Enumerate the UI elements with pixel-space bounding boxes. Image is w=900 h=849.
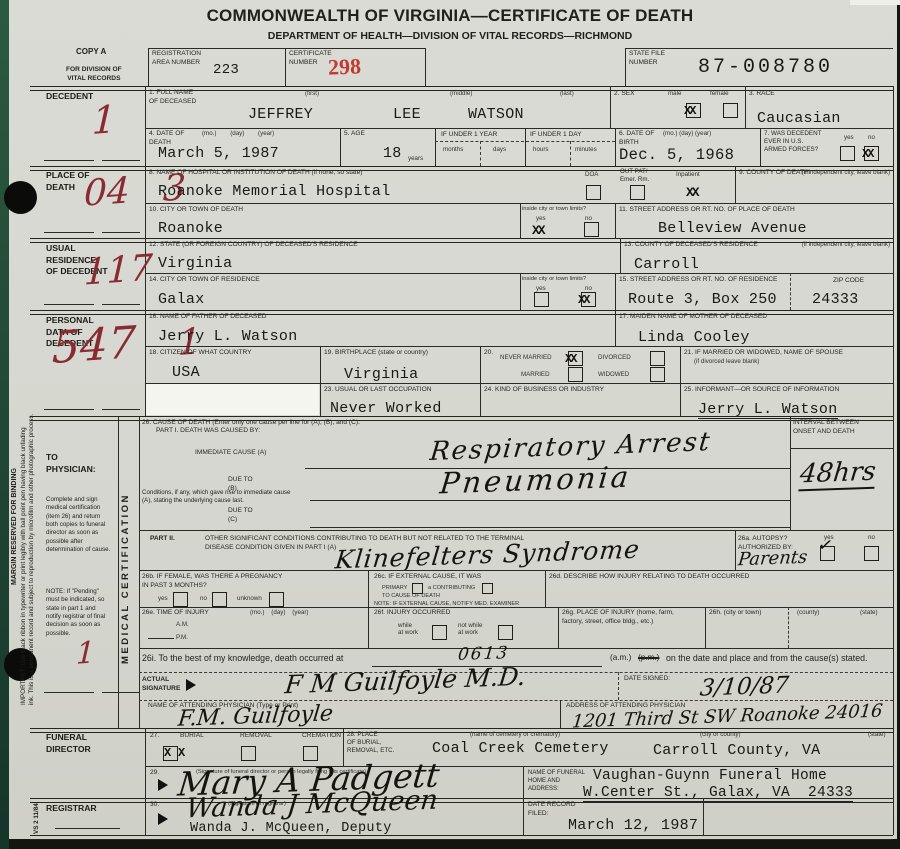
age-unit-label: years bbox=[408, 155, 423, 162]
residence-limits-no-mark: XX bbox=[578, 293, 588, 307]
rule bbox=[680, 383, 681, 416]
date-of-birth-hint: (mo.) (day) (year) bbox=[663, 130, 711, 137]
certificate-number-stamp: 298 bbox=[328, 53, 362, 80]
zip-value: 24333 bbox=[812, 291, 859, 308]
race-value: Caucasian bbox=[757, 110, 841, 127]
armed-forces-no-label: no bbox=[868, 134, 875, 141]
scan-artifact bbox=[850, 0, 900, 5]
full-name-label: 1. FULL NAME OF DECEASED bbox=[149, 89, 196, 106]
pregnancy-yes-label: yes bbox=[158, 595, 168, 602]
never-married-label: NEVER MARRIED bbox=[500, 354, 552, 361]
rule bbox=[102, 160, 140, 161]
injury-city-label: 26h. (city or town) bbox=[709, 609, 761, 618]
mother-label: 17. MAIDEN NAME OF MOTHER OF DECEASED bbox=[619, 313, 767, 322]
inpatient-mark: XX bbox=[686, 185, 698, 200]
rule bbox=[560, 700, 561, 728]
injury-occurred-label: 26f. INJURY OCCURRED bbox=[374, 609, 450, 618]
divorced-checkbox bbox=[650, 351, 665, 366]
clerk-mark: 117 bbox=[83, 248, 153, 294]
informant-label: 25. INFORMANT—OR SOURCE OF INFORMATION bbox=[684, 386, 839, 395]
rule bbox=[615, 310, 616, 346]
armed-forces-no-mark: XX bbox=[862, 147, 872, 161]
registration-area-label: REGISTRATION AREA NUMBER bbox=[152, 50, 201, 67]
section-decedent: DECEDENT bbox=[46, 91, 93, 103]
while-at-work-label: while at work bbox=[398, 622, 418, 636]
date-of-death-value: March 5, 1987 bbox=[158, 145, 279, 162]
external-to-cause-label: TO CAUSE OF DEATH bbox=[382, 593, 440, 599]
doa-checkbox bbox=[586, 185, 601, 200]
rule bbox=[520, 273, 521, 310]
signature-arrow-icon bbox=[158, 813, 168, 825]
rule bbox=[139, 416, 140, 728]
death-occurred-text-end: on the date and place and from the cause… bbox=[666, 653, 867, 663]
informant-value: Jerry L. Watson bbox=[698, 401, 838, 419]
citizen-label: 18. CITIZEN OF WHAT COUNTRY bbox=[149, 349, 252, 358]
age-label: 5. AGE bbox=[344, 130, 365, 139]
rule bbox=[320, 346, 321, 383]
rule bbox=[520, 203, 521, 238]
rule bbox=[368, 607, 369, 648]
rule bbox=[118, 416, 119, 728]
rule bbox=[680, 346, 681, 383]
interval-handwriting: 48hrs bbox=[798, 457, 877, 492]
industry-label: 24. KIND OF BUSINESS OR INDUSTRY bbox=[484, 386, 604, 395]
sex-label: 2. SEX bbox=[614, 90, 635, 99]
date-signed-handwriting: 3/10/87 bbox=[699, 672, 790, 701]
date-signed-label: DATE SIGNED: bbox=[624, 675, 670, 684]
rule bbox=[139, 648, 893, 649]
burial-city-value: Carroll County, VA bbox=[653, 742, 820, 759]
date-of-death-hint: (mo.) (day) (year) bbox=[202, 130, 274, 137]
rule bbox=[139, 607, 893, 608]
injury-county-hint: (county) bbox=[797, 609, 819, 616]
under-1-day-label: IF UNDER 1 DAY bbox=[530, 131, 582, 140]
pm-label: P.M. bbox=[176, 634, 188, 641]
burial-mark-inside: X bbox=[164, 746, 171, 760]
rule bbox=[102, 232, 140, 233]
residence-city-label: 14. CITY OR TOWN OF RESIDENCE bbox=[149, 276, 260, 285]
rule bbox=[625, 48, 893, 49]
rule bbox=[148, 638, 174, 639]
residence-state-label: 12. STATE (OR FOREIGN COUNTRY) OF DECEAS… bbox=[149, 241, 358, 250]
widowed-checkbox bbox=[650, 367, 665, 382]
section-place-of-death: PLACE OF DEATH bbox=[46, 170, 89, 193]
rule bbox=[745, 86, 746, 128]
section-registrar: REGISTRAR bbox=[46, 803, 97, 815]
describe-injury-label: 26d. DESCRIBE HOW INJURY RELATING TO DEA… bbox=[549, 573, 749, 582]
rule bbox=[310, 527, 790, 528]
hospital-value: Roanoke Memorial Hospital bbox=[158, 183, 391, 200]
rule bbox=[893, 86, 894, 835]
rule bbox=[102, 304, 140, 305]
burial-state-hint: (state) bbox=[868, 731, 886, 738]
date-filed-label: DATE RECORD FILED: bbox=[528, 801, 576, 818]
rule bbox=[618, 672, 619, 700]
not-while-at-work-checkbox bbox=[498, 625, 513, 640]
funeral-home-name: Vaughan-Guynn Funeral Home bbox=[593, 768, 827, 784]
death-limits-label: inside city or town limits? bbox=[522, 206, 586, 212]
certificate-title: COMMONWEALTH OF VIRGINIA—CERTIFICATE OF … bbox=[150, 6, 750, 26]
pregnancy-unknown-label: unknown bbox=[237, 595, 262, 602]
death-limits-yes-mark: XX bbox=[532, 223, 544, 238]
rule bbox=[615, 128, 616, 166]
rule bbox=[435, 128, 436, 166]
county-of-death-hint: (if independent city, leave blank) bbox=[795, 169, 890, 176]
cemetery-hint: (name of cemetery or crematory) bbox=[470, 731, 560, 738]
time-of-injury-label: 26e. TIME OF INJURY bbox=[142, 609, 209, 618]
sex-male-label: male bbox=[668, 90, 681, 97]
removal-label: REMOVAL bbox=[240, 732, 272, 739]
mother-value: Linda Cooley bbox=[638, 329, 750, 346]
rule bbox=[480, 141, 481, 166]
months-label: months bbox=[443, 146, 463, 153]
margin-binding-text: MARGIN RESERVED FOR BINDING bbox=[11, 255, 18, 585]
death-limits-yes-label: yes bbox=[536, 215, 546, 222]
rule bbox=[30, 728, 893, 733]
rule bbox=[148, 48, 149, 86]
zip-label: ZIP CODE bbox=[833, 277, 864, 286]
death-occurred-text: 26i. To the best of my knowledge, death … bbox=[142, 653, 343, 663]
funeral-home-label: NAME OF FUNERAL HOME AND ADDRESS: bbox=[528, 770, 585, 793]
margin-important-text-1: IMPORTANT: Use black ribbon in typewrite… bbox=[20, 175, 27, 705]
rule bbox=[790, 416, 791, 530]
clerk-mark: 1 bbox=[91, 97, 117, 143]
days-label: days bbox=[493, 146, 506, 153]
rule bbox=[545, 570, 546, 607]
inpatient-label: Inpatient bbox=[676, 171, 700, 178]
rule bbox=[425, 48, 426, 86]
rule bbox=[760, 128, 761, 166]
minutes-label: minutes bbox=[575, 146, 597, 153]
date-of-birth-value: Dec. 5, 1968 bbox=[619, 146, 734, 164]
cause-b-handwriting: Pneumonia bbox=[438, 460, 633, 501]
due-to-c-label: DUE TO (C) bbox=[228, 507, 253, 524]
rule bbox=[705, 607, 706, 648]
certificate-number-label: CERTIFICATE NUMBER bbox=[289, 50, 332, 67]
place-of-injury-label: 26g. PLACE OF INJURY (home, farm, factor… bbox=[562, 609, 674, 626]
rule bbox=[735, 166, 736, 203]
rule bbox=[788, 607, 789, 648]
birthplace-value: Virginia bbox=[344, 366, 418, 383]
rule bbox=[625, 48, 626, 86]
outpatient-checkbox bbox=[630, 185, 645, 200]
rule bbox=[320, 383, 321, 416]
rule bbox=[558, 607, 559, 648]
pregnancy-no-checkbox bbox=[212, 592, 227, 607]
birthplace-label: 19. BIRTHPLACE (state or country) bbox=[324, 349, 428, 358]
rule bbox=[523, 766, 524, 798]
to-physician-note: Complete and sign medical certification … bbox=[46, 496, 112, 555]
pregnancy-no-label: no bbox=[200, 595, 207, 602]
burial-mark-outside: X bbox=[178, 746, 185, 760]
residence-city-value: Galax bbox=[158, 291, 205, 308]
actual-signature-label: ACTUAL SIGNATURE bbox=[142, 676, 180, 693]
race-label: 3. RACE bbox=[749, 90, 775, 99]
rule bbox=[340, 128, 341, 166]
rule bbox=[102, 409, 140, 410]
clerk-mark: 547 bbox=[51, 317, 137, 374]
spouse-label: 21. IF MARRIED OR WIDOWED, NAME OF SPOUS… bbox=[684, 349, 843, 358]
certificate-subtitle: DEPARTMENT OF HEALTH—DIVISION OF VITAL R… bbox=[200, 30, 700, 42]
spouse-hint: (if divorced leave blank) bbox=[694, 358, 759, 365]
rule bbox=[435, 141, 615, 142]
removal-checkbox bbox=[241, 746, 256, 761]
am-option: (a.m.) bbox=[610, 653, 631, 662]
autopsy-authorized-handwriting: Parents bbox=[737, 547, 809, 571]
death-limits-no-label: no bbox=[585, 215, 592, 222]
citizen-value: USA bbox=[172, 364, 200, 381]
rule bbox=[735, 530, 736, 570]
under-1-year-label: IF UNDER 1 YEAR bbox=[441, 131, 497, 140]
form-number: VS 2 11/84 bbox=[33, 772, 40, 834]
rule bbox=[30, 835, 893, 840]
armed-forces-label: 7. WAS DECEDENT EVER IN U.S. ARMED FORCE… bbox=[764, 130, 822, 155]
copy-label: COPY A bbox=[76, 47, 106, 56]
armed-forces-yes-label: yes bbox=[844, 134, 854, 141]
age-value: 18 bbox=[383, 145, 402, 162]
rule bbox=[145, 346, 893, 347]
rule bbox=[703, 798, 704, 835]
residence-limits-yes-checkbox bbox=[534, 292, 549, 307]
rule bbox=[525, 128, 526, 166]
hospital-label: 8. NAME OF HOSPITAL OR INSTITUTION OF DE… bbox=[149, 169, 362, 178]
father-label: 16. NAME OF FATHER OF DECEASED bbox=[149, 313, 267, 322]
part1-label: PART I. DEATH WAS CAUSED BY: bbox=[156, 427, 260, 436]
last-name-value: WATSON bbox=[468, 106, 524, 123]
external-contributing-checkbox bbox=[482, 583, 493, 594]
rule bbox=[44, 160, 94, 161]
place-of-burial-label: 28. PLACE OF BURIAL, REMOVAL, ETC. bbox=[347, 731, 394, 755]
death-limits-no-checkbox bbox=[584, 222, 599, 237]
external-cause-label: 26c. IF EXTERNAL CAUSE, IT WAS bbox=[374, 573, 481, 582]
sex-female-label: female bbox=[710, 90, 729, 97]
middle-hint: (middle) bbox=[450, 90, 472, 97]
rule bbox=[790, 448, 893, 449]
external-contributing-label: a CONTRIBUTING bbox=[428, 585, 475, 591]
rule bbox=[480, 346, 481, 383]
state-file-number-label: STATE FILE NUMBER bbox=[629, 50, 665, 67]
rule bbox=[523, 798, 524, 835]
registration-area-value: 223 bbox=[213, 62, 239, 78]
rule bbox=[615, 203, 616, 238]
copy-for-label: FOR DIVISION OF VITAL RECORDS bbox=[66, 66, 122, 83]
rule bbox=[44, 304, 94, 305]
residence-street-label: 15. STREET ADDRESS OR RT. NO. OF RESIDEN… bbox=[619, 276, 777, 285]
rule bbox=[139, 700, 893, 701]
section-funeral-director: FUNERAL DIRECTOR bbox=[46, 732, 91, 755]
funeral-home-address: W.Center St., Galax, VA 24333 bbox=[583, 785, 853, 802]
residence-limits-yes-label: yes bbox=[536, 285, 546, 292]
cemetery-value: Coal Creek Cemetery bbox=[432, 740, 609, 757]
signature-arrow-icon bbox=[158, 779, 168, 791]
field-29-label: 29. bbox=[150, 769, 159, 778]
occupation-value: Never Worked bbox=[330, 400, 442, 417]
residence-limits-no-label: no bbox=[585, 285, 592, 292]
rule bbox=[368, 570, 369, 607]
residence-county-value: Carroll bbox=[634, 256, 699, 273]
rule bbox=[44, 409, 94, 410]
burial-label: BURIAL bbox=[180, 732, 204, 739]
residence-county-label: 13. COUNTY OF DECEASED'S RESIDENCE bbox=[624, 241, 758, 250]
residence-state-value: Virginia bbox=[158, 255, 232, 272]
residence-street-value: Route 3, Box 250 bbox=[628, 291, 777, 308]
last-hint: (last) bbox=[560, 90, 574, 97]
never-married-mark: XX bbox=[565, 352, 575, 366]
street-of-death-value: Belleview Avenue bbox=[658, 220, 807, 237]
rule bbox=[139, 530, 893, 531]
while-at-work-checkbox bbox=[432, 625, 447, 640]
signature-arrow-icon bbox=[186, 679, 196, 691]
cremation-label: CREMATION bbox=[302, 732, 341, 739]
autopsy-no-checkbox bbox=[864, 546, 879, 561]
rule bbox=[570, 141, 571, 166]
pregnancy-label: 26b. IF FEMALE, WAS THERE A PREGNANCY IN… bbox=[142, 573, 282, 590]
date-filed-value: March 12, 1987 bbox=[568, 817, 698, 834]
state-file-number-value: 87-008780 bbox=[698, 56, 833, 79]
married-label: MARRIED bbox=[521, 371, 550, 378]
armed-forces-yes-checkbox bbox=[840, 146, 855, 161]
rule bbox=[285, 48, 286, 86]
rule bbox=[145, 273, 893, 274]
section-to-physician: TO PHYSICIAN: bbox=[46, 452, 96, 475]
city-of-death-label: 10. CITY OR TOWN OF DEATH bbox=[149, 206, 243, 215]
external-primary-label: PRIMARY bbox=[382, 585, 407, 591]
section-medical-certification: MEDICAL CERTIFICATION bbox=[120, 438, 137, 720]
field-27-label: 27. bbox=[150, 732, 159, 741]
widowed-label: WIDOWED bbox=[598, 371, 629, 378]
injury-state-hint: (state) bbox=[860, 609, 878, 616]
sex-female-checkbox bbox=[723, 103, 738, 118]
rule bbox=[139, 570, 893, 571]
am-label: A.M. bbox=[176, 621, 189, 628]
first-name-value: JEFFREY bbox=[248, 106, 313, 123]
rule bbox=[610, 86, 611, 128]
death-certificate-scan: MARGIN RESERVED FOR BINDING IMPORTANT: U… bbox=[0, 0, 900, 849]
residence-county-hint: (if independent city, leave blank) bbox=[795, 241, 890, 248]
hours-label: hours bbox=[533, 146, 548, 153]
occupation-label: 23. USUAL OR LAST OCCUPATION bbox=[324, 386, 431, 395]
rule bbox=[790, 273, 791, 310]
first-hint: (first) bbox=[305, 90, 319, 97]
divorced-label: DIVORCED bbox=[598, 354, 631, 361]
clerk-mark: 1 bbox=[75, 635, 95, 672]
outpatient-label: OUT PAT/ Emer. Rm. bbox=[620, 168, 649, 184]
rule bbox=[310, 500, 790, 501]
rule bbox=[145, 728, 146, 835]
clerk-mark: 04 bbox=[83, 170, 130, 214]
burial-city-hint: (city or county) bbox=[700, 731, 741, 738]
rule bbox=[480, 383, 481, 416]
city-of-death-value: Roanoke bbox=[158, 220, 223, 237]
pregnancy-unknown-checkbox bbox=[269, 592, 284, 607]
middle-name-value: LEE bbox=[393, 106, 421, 123]
rule bbox=[148, 48, 425, 49]
scan-edge bbox=[0, 0, 9, 849]
to-physician-note-2: NOTE: If "Pending" must be indicated, so… bbox=[46, 588, 112, 638]
father-value: Jerry L. Watson bbox=[158, 328, 298, 345]
rule bbox=[145, 203, 893, 204]
immediate-cause-label: IMMEDIATE CAUSE (A) bbox=[195, 449, 266, 458]
pm-option-struck: (p.m.) bbox=[638, 653, 659, 662]
whiteout-correction bbox=[146, 384, 319, 415]
field-30-label: 30. bbox=[150, 801, 159, 810]
married-checkbox bbox=[568, 367, 583, 382]
margin-important-text-2: ink. This is a permanent record and subj… bbox=[28, 175, 35, 705]
doa-label: DOA bbox=[585, 171, 598, 178]
rule bbox=[620, 238, 621, 273]
interval-label: INTERVAL BETWEEN ONSET AND DEATH bbox=[793, 419, 859, 436]
part2-label: PART II. bbox=[150, 535, 175, 544]
not-while-at-work-label: not while at work bbox=[458, 622, 482, 636]
autopsy-no-label: no bbox=[868, 534, 875, 541]
rule bbox=[615, 273, 616, 310]
rule bbox=[55, 828, 120, 829]
conditions-note: Conditions, if any, which gave rise to i… bbox=[142, 489, 297, 505]
rule bbox=[145, 128, 893, 129]
date-of-birth-label: 6. DATE OF BIRTH bbox=[619, 130, 654, 147]
rule bbox=[44, 692, 94, 693]
marital-label: 20. bbox=[484, 349, 493, 358]
time-of-injury-hint: (mo.) (day) (year) bbox=[250, 609, 308, 616]
street-of-death-label: 11. STREET ADDRESS OR RT. NO. OF PLACE O… bbox=[619, 206, 795, 215]
residence-limits-label: inside city or town limits? bbox=[522, 276, 586, 282]
sex-male-mark: XX bbox=[684, 104, 694, 118]
rule bbox=[44, 232, 94, 233]
pregnancy-yes-checkbox bbox=[173, 592, 188, 607]
registrar-typed-name: Wanda J. McQueen, Deputy bbox=[190, 821, 392, 836]
